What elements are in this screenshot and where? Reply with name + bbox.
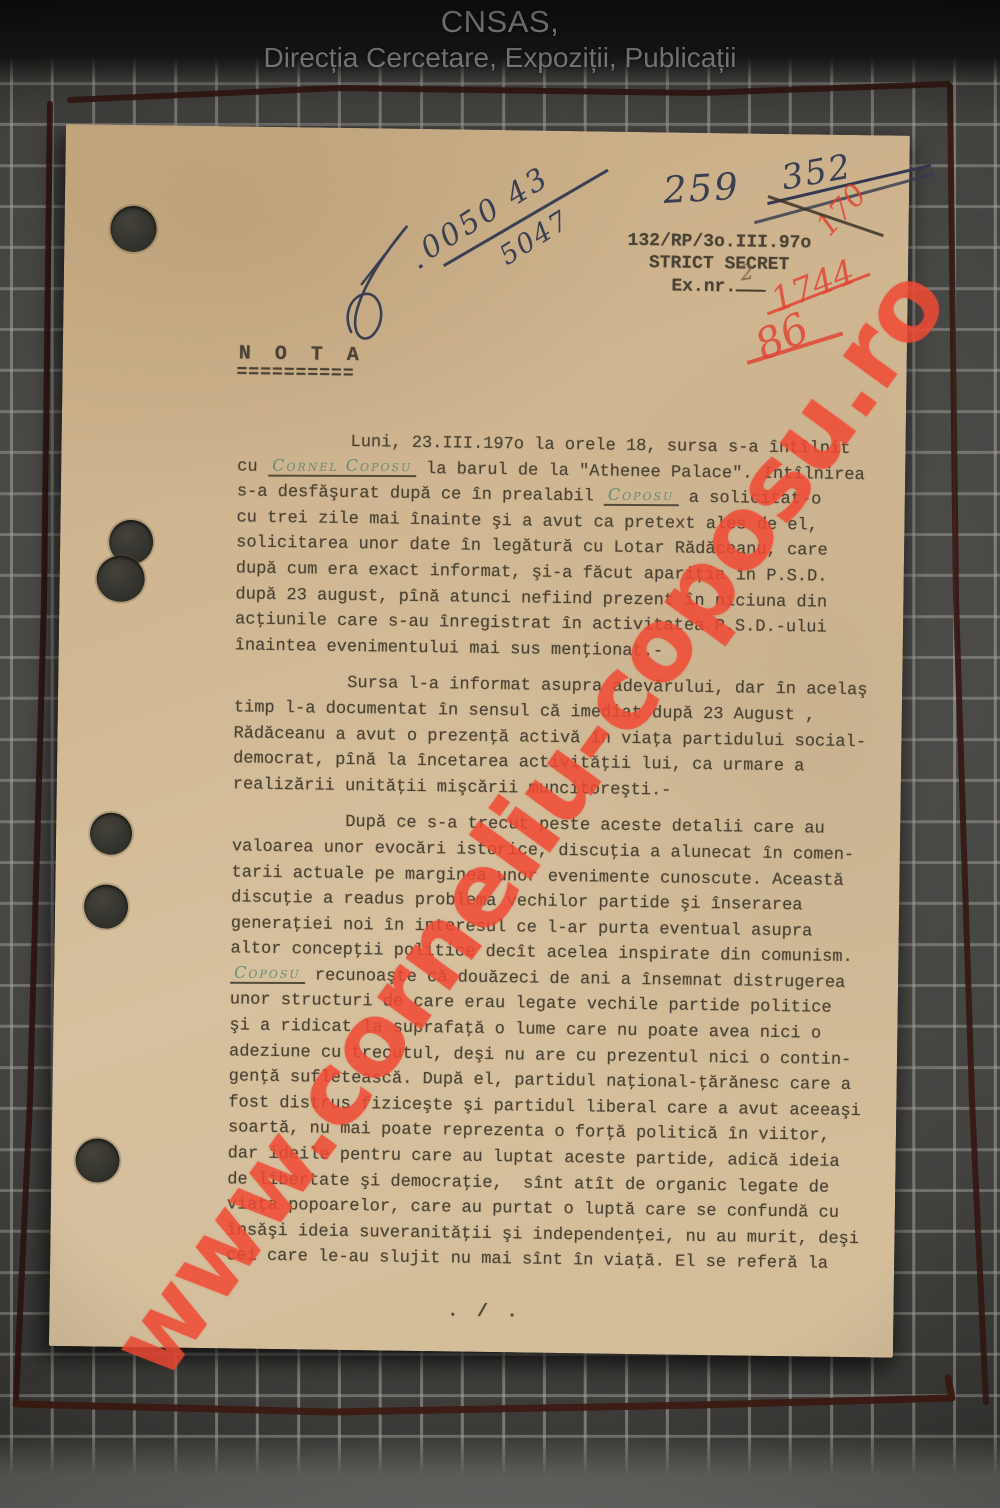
- punch-hole: [96, 555, 145, 602]
- handwritten-name: Coposu: [604, 487, 679, 506]
- note-body: Luni, 23.III.197o la orele 18, sursa s-a…: [226, 428, 906, 1289]
- reference-block: 132/RP/3o.III.97o STRICT SECRET Ex.nr.2: [584, 229, 855, 300]
- note-title-underline: ==========: [236, 362, 354, 384]
- handwritten-name: Cornel Coposu: [268, 457, 416, 477]
- punch-hole: [110, 206, 157, 253]
- photo-header: CNSAS, Direcția Cercetare, Expoziții, Pu…: [0, 0, 1000, 80]
- punch-hole: [75, 1138, 120, 1183]
- signature-flourish: [335, 220, 421, 351]
- document-page: . 0050 43 5047 259 352 170 1744 86 132/R…: [49, 124, 910, 1358]
- copy-number-label: Ex.nr.: [671, 276, 736, 297]
- photo-header-title: CNSAS,: [0, 4, 1000, 40]
- copy-number-blank: 2: [736, 275, 766, 291]
- paragraph: Luni, 23.III.197o la orele 18, sursa s-a…: [235, 428, 906, 668]
- punch-hole: [84, 884, 129, 929]
- paragraph: Sursa l-a informat asupra adevărului, da…: [233, 670, 903, 807]
- punch-hole: [90, 812, 133, 855]
- handwritten-name: Coposu: [230, 965, 305, 984]
- paragraph: După ce s-a trecut peste aceste detalii …: [226, 809, 900, 1279]
- page-number-annotation: 259: [662, 165, 741, 212]
- photo-header-subtitle: Direcția Cercetare, Expoziții, Publicați…: [0, 42, 1000, 74]
- continuation-mark: . / .: [447, 1301, 521, 1322]
- copy-number-line: Ex.nr.2: [584, 273, 854, 300]
